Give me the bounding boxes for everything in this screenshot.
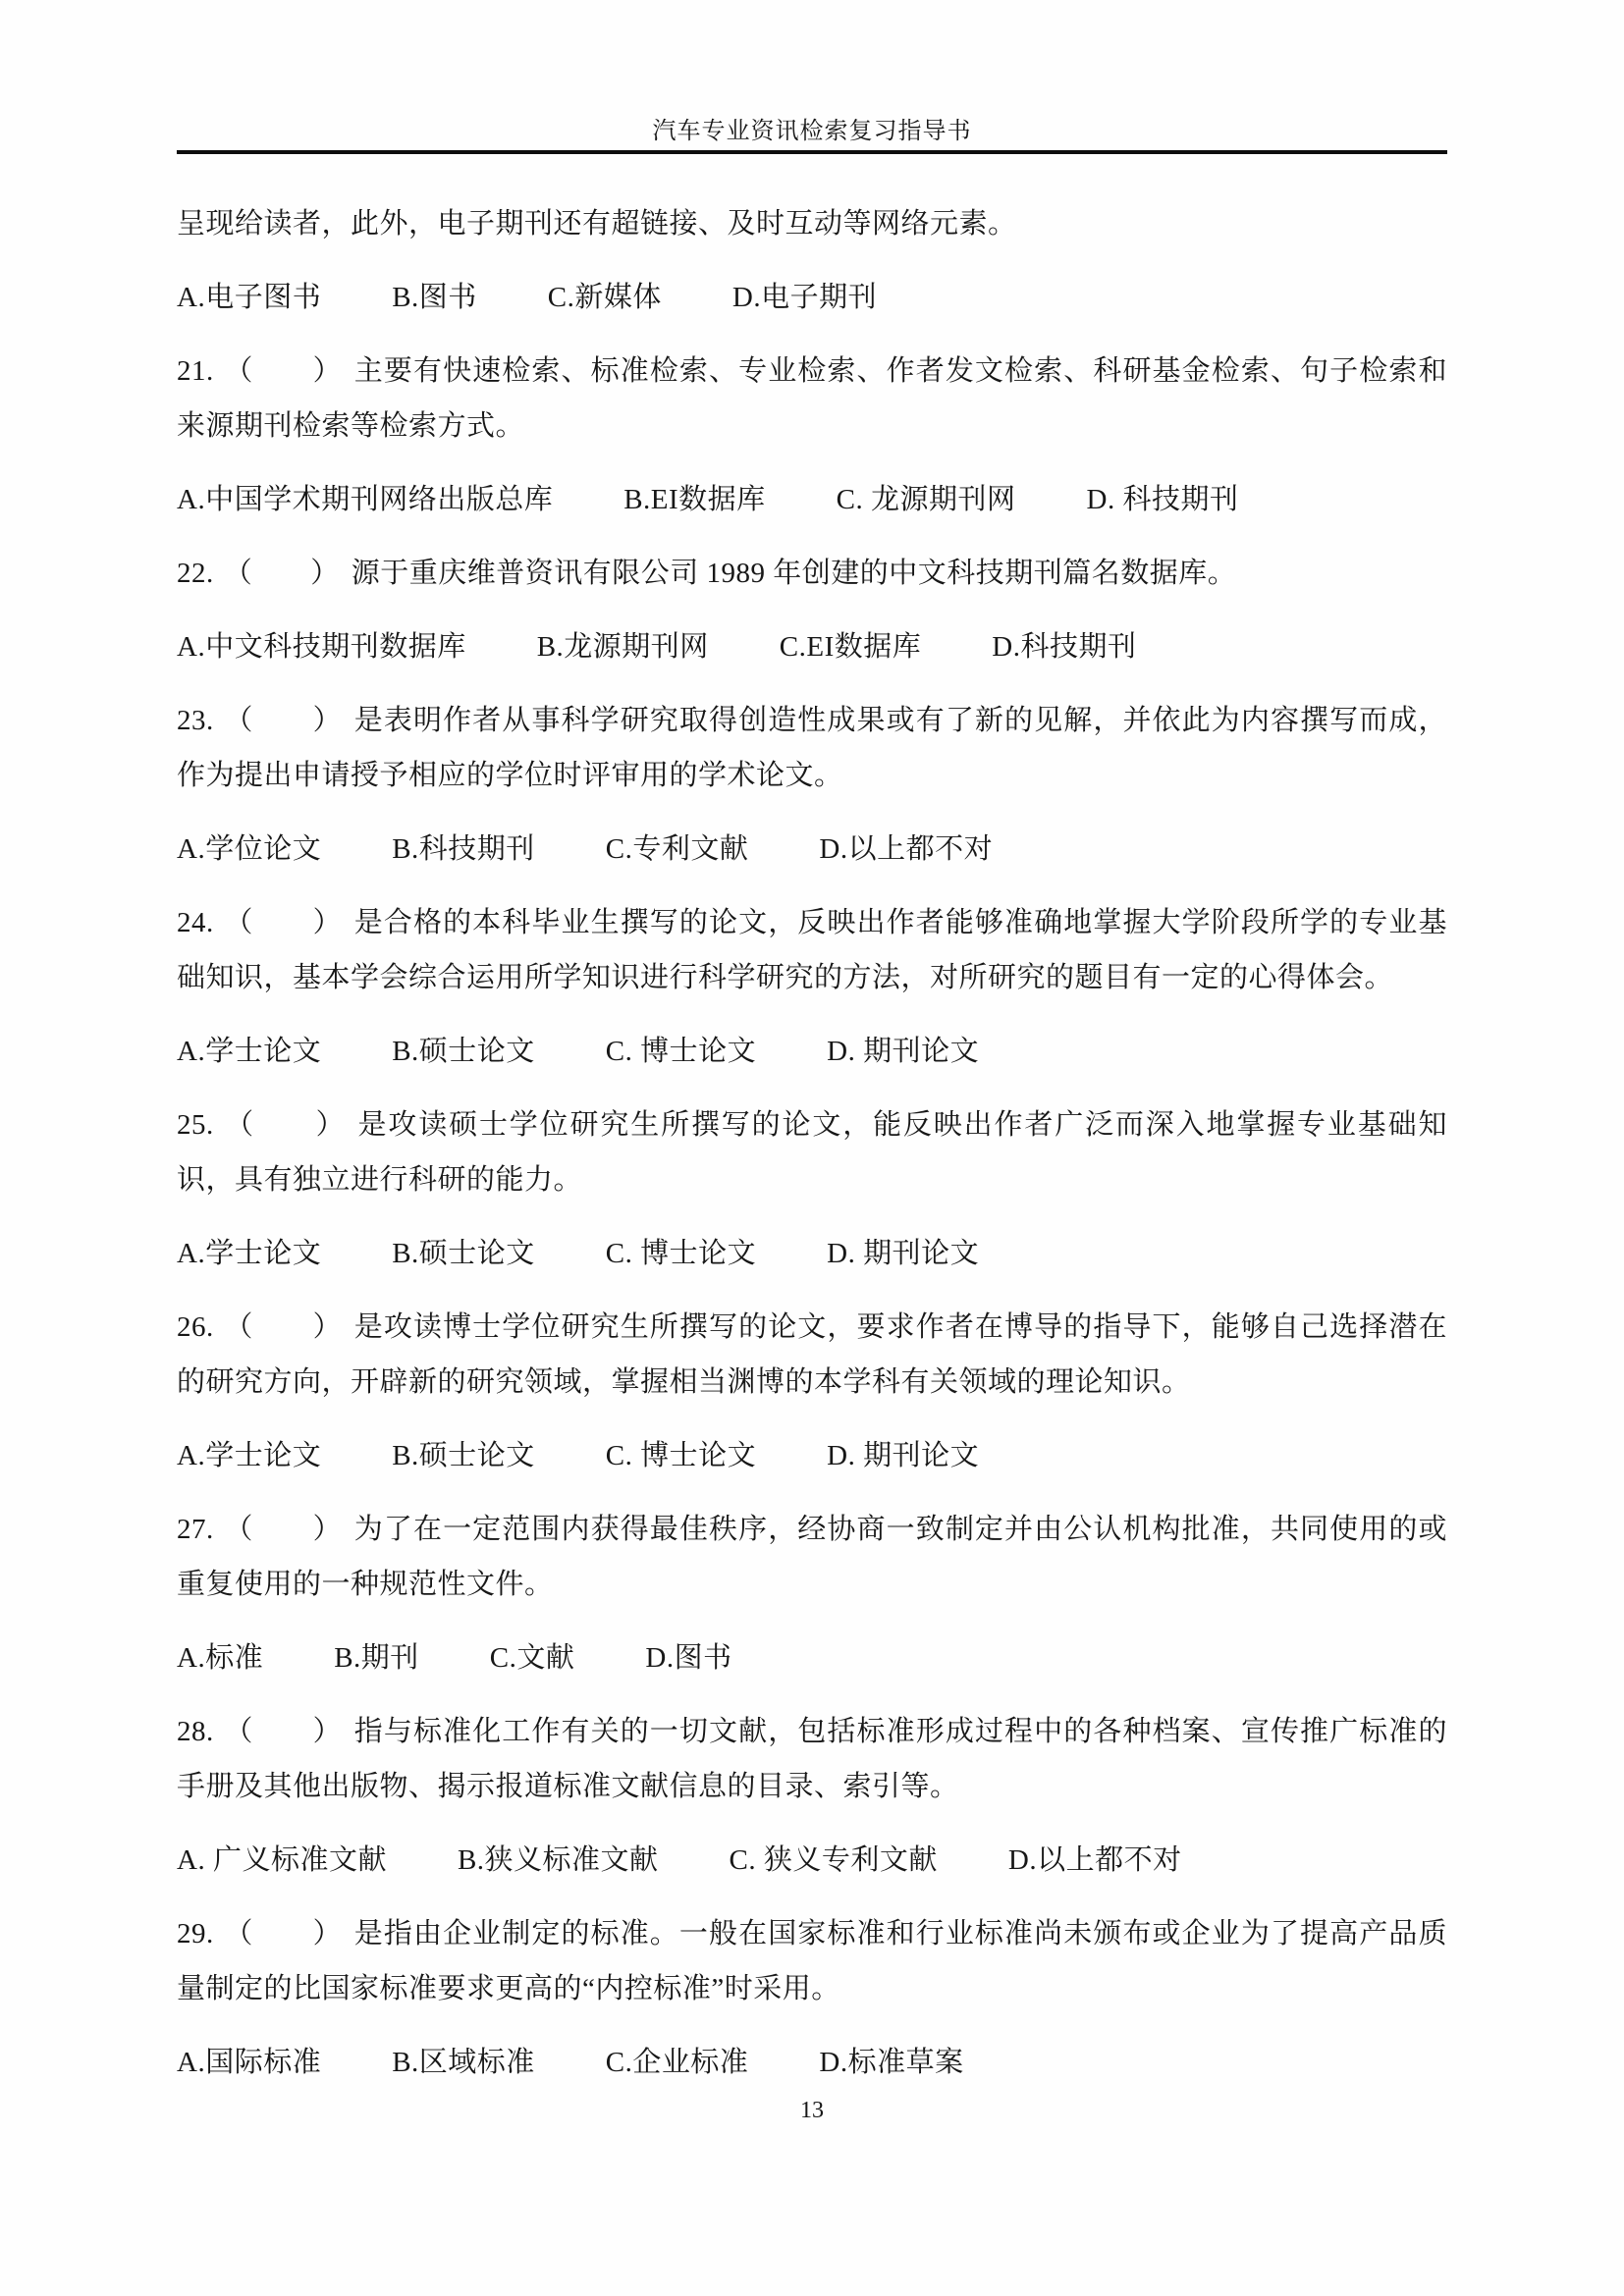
option-item: B.硕士论文 [392,1226,535,1281]
question-blank-parens: （ ） [224,558,340,589]
question-number: 25. [177,1109,214,1141]
question-text: 是表明作者从事科学研究取得创造性成果或有了新的见解，并依此为内容撰写而成，作为提… [177,705,1447,791]
question-blank-parens: （ ） [224,355,343,387]
option-item: C. 龙源期刊网 [837,472,1016,527]
question-block: 28.（ ）指与标准化工作有关的一切文献，包括标准形成过程中的各种档案、宣传推广… [177,1704,1447,1888]
question-paragraph: 22.（ ）源于重庆维普资讯有限公司 1989 年创建的中文科技期刊篇名数据库。 [177,546,1447,601]
options-row: A.学士论文B.硕士论文C. 博士论文D. 期刊论文 [177,1024,1447,1079]
question-blank-parens: （ ） [224,907,343,938]
question-number: 27. [177,1514,214,1545]
option-item: A.中文科技期刊数据库 [177,619,466,674]
page-footer: 13 [0,2089,1624,2132]
question-number: 29. [177,1918,214,1949]
option-item: D.图书 [645,1630,731,1685]
question-block: 25.（ ）是攻读硕士学位研究生所撰写的论文，能反映出作者广泛而深入地掌握专业基… [177,1097,1447,1281]
option-item: D. 期刊论文 [827,1226,979,1281]
options-row: A.中文科技期刊数据库B.龙源期刊网C.EI数据库D.科技期刊 [177,619,1447,674]
page-number: 13 [800,2098,824,2123]
option-item: C. 狭义专利文献 [730,1833,938,1888]
option-item: D.以上都不对 [819,822,993,877]
question-text: 是攻读硕士学位研究生所撰写的论文，能反映出作者广泛而深入地掌握专业基础知识，具有… [177,1109,1447,1196]
option-item: D.电子期刊 [732,270,877,325]
question-blank-parens: （ ） [224,1514,343,1545]
option-item: A.学士论文 [177,1428,321,1483]
question-text: 为了在一定范围内获得最佳秩序，经协商一致制定并由公认机构批准，共同使用的或重复使… [177,1514,1447,1600]
question-blank-parens: （ ） [224,1918,343,1949]
question-blank-parens: （ ） [224,1311,343,1343]
option-item: A.标准 [177,1630,263,1685]
option-item: B.硕士论文 [392,1428,535,1483]
question-paragraph: 29.（ ）是指由企业制定的标准。一般在国家标准和行业标准尚未颁布或企业为了提高… [177,1906,1447,2016]
option-item: B.图书 [392,270,477,325]
question-number: 22. [177,558,214,589]
question-block: 24.（ ）是合格的本科毕业生撰写的论文，反映出作者能够准确地掌握大学阶段所学的… [177,895,1447,1079]
question-block: 26.（ ）是攻读博士学位研究生所撰写的论文，要求作者在博导的指导下，能够自己选… [177,1300,1447,1483]
question-number: 26. [177,1311,214,1343]
question-paragraph: 25.（ ）是攻读硕士学位研究生所撰写的论文，能反映出作者广泛而深入地掌握专业基… [177,1097,1447,1207]
option-item: D. 期刊论文 [827,1428,979,1483]
question-text: 是攻读博士学位研究生所撰写的论文，要求作者在博导的指导下，能够自己选择潜在的研究… [177,1311,1447,1398]
option-item: B.狭义标准文献 [458,1833,659,1888]
header-title: 汽车专业资讯检索复习指导书 [0,117,1624,146]
question-text: 主要有快速检索、标准检索、专业检索、作者发文检索、科研基金检索、句子检索和来源期… [177,355,1447,442]
question-text: 呈现给读者，此外，电子期刊还有超链接、及时互动等网络元素。 [177,208,1017,240]
option-item: D.标准草案 [819,2035,963,2090]
option-item: C.文献 [490,1630,575,1685]
option-item: C.专利文献 [606,822,749,877]
question-paragraph: 26.（ ）是攻读博士学位研究生所撰写的论文，要求作者在博导的指导下，能够自己选… [177,1300,1447,1410]
options-row: A.学士论文B.硕士论文C. 博士论文D. 期刊论文 [177,1428,1447,1483]
question-text: 是合格的本科毕业生撰写的论文，反映出作者能够准确地掌握大学阶段所学的专业基础知识… [177,907,1447,993]
options-row: A. 广义标准文献B.狭义标准文献C. 狭义专利文献D.以上都不对 [177,1833,1447,1888]
option-item: A.国际标准 [177,2035,321,2090]
option-item: C.企业标准 [606,2035,749,2090]
option-item: A.学士论文 [177,1226,321,1281]
option-item: B.龙源期刊网 [537,619,709,674]
options-row: A.学士论文B.硕士论文C. 博士论文D. 期刊论文 [177,1226,1447,1281]
question-number: 24. [177,907,214,938]
question-paragraph: 24.（ ）是合格的本科毕业生撰写的论文，反映出作者能够准确地掌握大学阶段所学的… [177,895,1447,1005]
option-item: A.学位论文 [177,822,321,877]
option-item: D. 期刊论文 [827,1024,979,1079]
options-row: A.国际标准B.区域标准C.企业标准D.标准草案 [177,2035,1447,2090]
option-item: C.新媒体 [548,270,662,325]
question-paragraph: 27.（ ）为了在一定范围内获得最佳秩序，经协商一致制定并由公认机构批准，共同使… [177,1502,1447,1612]
question-block: 呈现给读者，此外，电子期刊还有超链接、及时互动等网络元素。 A.电子图书B.图书… [177,196,1447,325]
question-text: 源于重庆维普资讯有限公司 1989 年创建的中文科技期刊篇名数据库。 [352,558,1237,589]
question-blank-parens: （ ） [224,1716,343,1747]
option-item: D. 科技期刊 [1087,472,1239,527]
option-item: A.电子图书 [177,270,321,325]
question-block: 27.（ ）为了在一定范围内获得最佳秩序，经协商一致制定并由公认机构批准，共同使… [177,1502,1447,1685]
option-item: A.中国学术期刊网络出版总库 [177,472,553,527]
question-blank-parens: （ ） [224,705,343,736]
question-number: 23. [177,705,214,736]
question-number: 28. [177,1716,214,1747]
question-block: 23.（ ）是表明作者从事科学研究取得创造性成果或有了新的见解，并依此为内容撰写… [177,693,1447,877]
question-paragraph: 28.（ ）指与标准化工作有关的一切文献，包括标准形成过程中的各种档案、宣传推广… [177,1704,1447,1814]
option-item: C.EI数据库 [780,619,921,674]
question-block: 29.（ ）是指由企业制定的标准。一般在国家标准和行业标准尚未颁布或企业为了提高… [177,1906,1447,2090]
option-item: C. 博士论文 [606,1226,756,1281]
page-header: 汽车专业资讯检索复习指导书 [0,0,1624,154]
option-item: B.期刊 [334,1630,419,1685]
question-paragraph: 21.（ ）主要有快速检索、标准检索、专业检索、作者发文检索、科研基金检索、句子… [177,344,1447,454]
question-blank-parens: （ ） [224,1109,347,1141]
question-number: 21. [177,355,214,387]
question-paragraph: 呈现给读者，此外，电子期刊还有超链接、及时互动等网络元素。 [177,196,1447,251]
options-row: A.电子图书B.图书C.新媒体D.电子期刊 [177,270,1447,325]
option-item: B.科技期刊 [392,822,535,877]
document-page: 汽车专业资讯检索复习指导书 呈现给读者，此外，电子期刊还有超链接、及时互动等网络… [0,0,1624,2296]
option-item: A. 广义标准文献 [177,1833,387,1888]
content: 呈现给读者，此外，电子期刊还有超链接、及时互动等网络元素。 A.电子图书B.图书… [177,154,1447,2090]
question-block: 22.（ ）源于重庆维普资讯有限公司 1989 年创建的中文科技期刊篇名数据库。… [177,546,1447,674]
question-text: 指与标准化工作有关的一切文献，包括标准形成过程中的各种档案、宣传推广标准的手册及… [177,1716,1447,1802]
option-item: C. 博士论文 [606,1024,756,1079]
option-item: B.硕士论文 [392,1024,535,1079]
option-item: A.学士论文 [177,1024,321,1079]
option-item: B.EI数据库 [623,472,765,527]
option-item: D.以上都不对 [1008,1833,1182,1888]
question-paragraph: 23.（ ）是表明作者从事科学研究取得创造性成果或有了新的见解，并依此为内容撰写… [177,693,1447,803]
option-item: C. 博士论文 [606,1428,756,1483]
option-item: B.区域标准 [392,2035,535,2090]
options-row: A.标准B.期刊C.文献D.图书 [177,1630,1447,1685]
options-row: A.中国学术期刊网络出版总库B.EI数据库C. 龙源期刊网D. 科技期刊 [177,472,1447,527]
options-row: A.学位论文B.科技期刊C.专利文献D.以上都不对 [177,822,1447,877]
option-item: D.科技期刊 [992,619,1136,674]
question-block: 21.（ ）主要有快速检索、标准检索、专业检索、作者发文检索、科研基金检索、句子… [177,344,1447,527]
question-text: 是指由企业制定的标准。一般在国家标准和行业标准尚未颁布或企业为了提高产品质量制定… [177,1918,1447,2004]
